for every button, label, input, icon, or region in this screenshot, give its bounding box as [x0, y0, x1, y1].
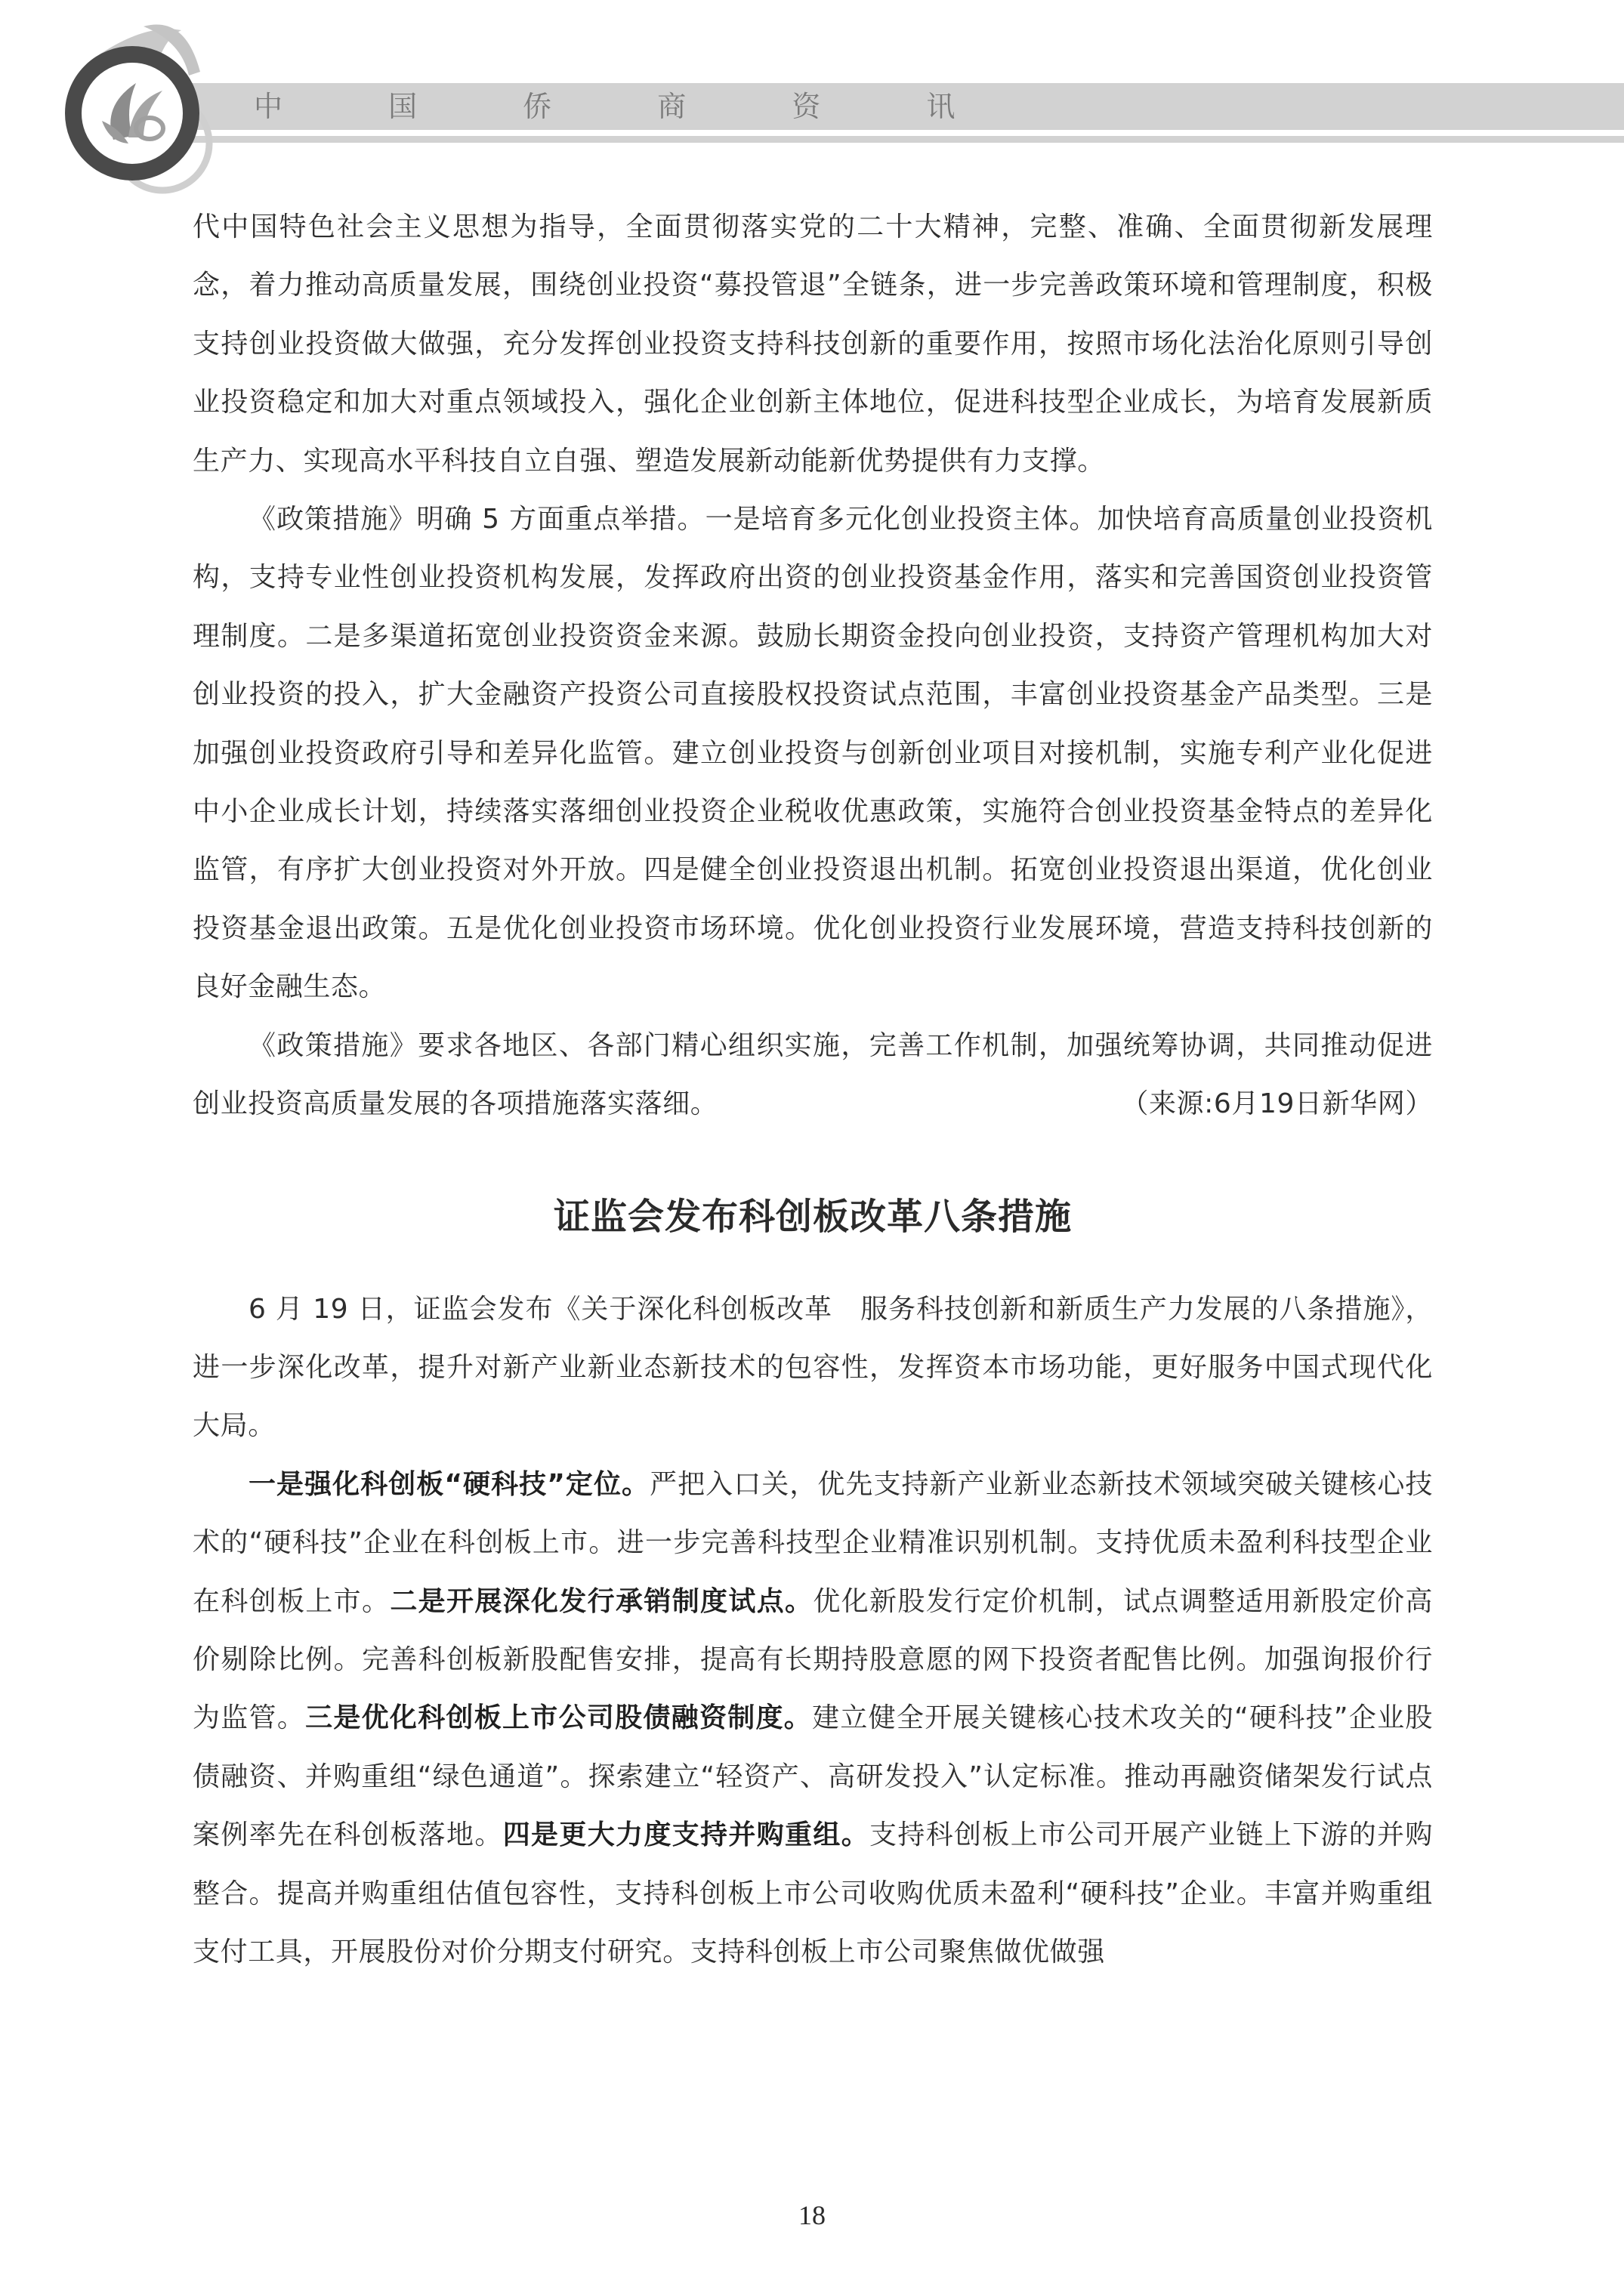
page-number: 18: [0, 2199, 1624, 2231]
measure-2-heading: 二是开展深化发行承销制度试点。: [390, 1586, 813, 1617]
article1-paragraph-3: 《政策措施》要求各地区、各部门精心组织实施，完善工作机制，加强统筹协调，共同推动…: [193, 1017, 1433, 1134]
publication-title: 中 国 侨 商 资 讯: [254, 89, 1003, 124]
source-attribution: （来源:6月19日新华网）: [1065, 1075, 1433, 1133]
organization-emblem-icon: [30, 8, 257, 196]
article1-paragraph-2: 《政策措施》明确 5 方面重点举措。一是培育多元化创业投资主体。加快培育高质量创…: [193, 490, 1433, 1017]
header-stripe: [113, 136, 1624, 143]
measure-1-heading: 一是强化科创板“硬科技”定位。: [249, 1469, 650, 1500]
page-content: 代中国特色社会主义思想为指导，全面贯彻落实党的二十大精神，完整、准确、全面贯彻新…: [193, 198, 1433, 1981]
article2-title: 证监会发布科创板改革八条措施: [193, 1187, 1433, 1247]
measure-4-heading: 四是更大力度支持并购重组。: [503, 1819, 869, 1850]
measure-3-heading: 三是优化科创板上市公司股债融资制度。: [305, 1702, 812, 1733]
article1-paragraph-1: 代中国特色社会主义思想为指导，全面贯彻落实党的二十大精神，完整、准确、全面贯彻新…: [193, 198, 1433, 490]
article2-intro: 6 月 19 日，证监会发布《关于深化科创板改革 服务科技创新和新质生产力发展的…: [193, 1280, 1433, 1455]
article2-measures: 一是强化科创板“硬科技”定位。严把入口关，优先支持新产业新业态新技术领域突破关键…: [193, 1455, 1433, 1982]
